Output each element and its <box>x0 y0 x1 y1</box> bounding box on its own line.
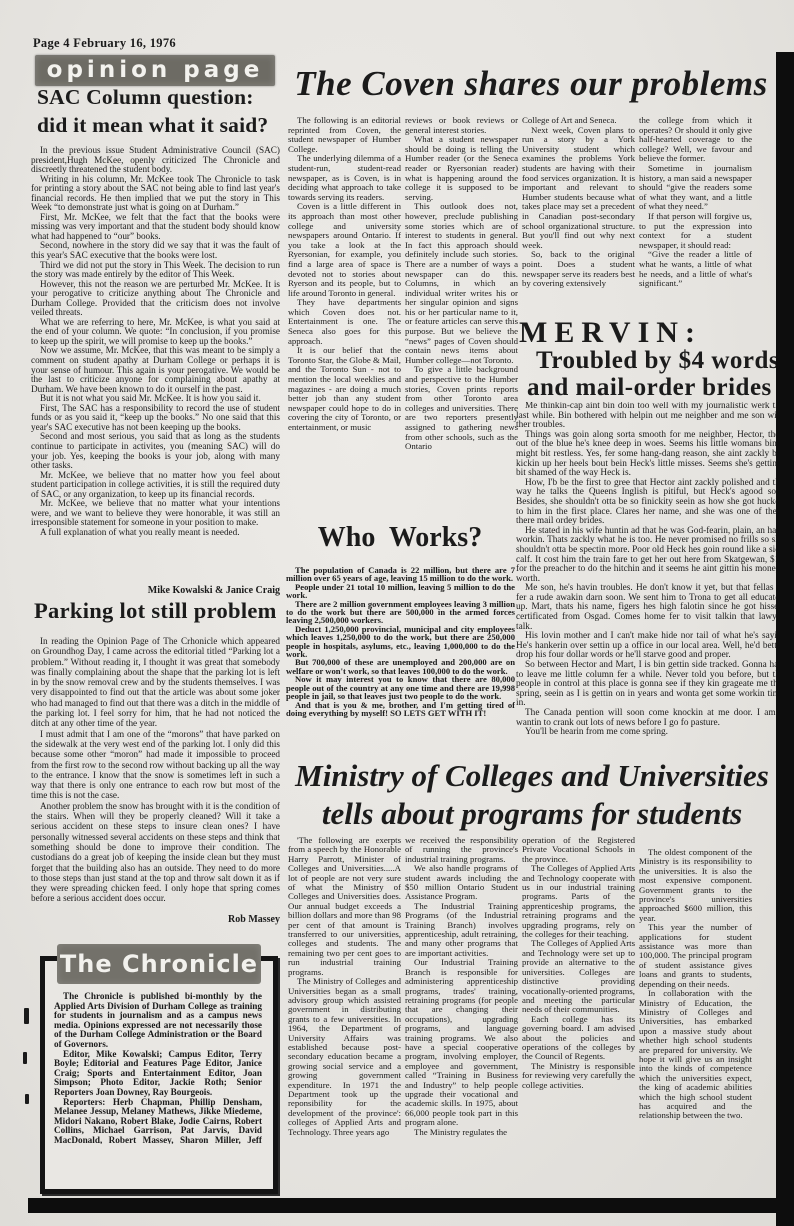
paragraph: A full explanation of what you really me… <box>31 528 280 538</box>
paragraph: We also handle programs of student award… <box>405 864 518 902</box>
coven-column-4: the college from which it operates? Or s… <box>639 116 752 314</box>
sac-headline-line1: SAC Column question: <box>37 84 268 112</box>
paragraph: To give a little background and perspect… <box>405 365 518 451</box>
coven-headline: The Coven shares our problems <box>290 64 772 104</box>
mervin-kicker: MERVIN: <box>519 316 702 350</box>
parking-byline: Rob Massey <box>31 914 280 925</box>
chronicle-banner: The Chronicle <box>57 944 261 984</box>
paragraph: Second and most serious, you said that a… <box>31 432 280 470</box>
paragraph: Me son, he's havin troubles. He don't kn… <box>516 584 784 632</box>
coven-column-2: reviews or book reviews or general inter… <box>405 116 518 502</box>
sac-headline: SAC Column question: did it mean what it… <box>37 84 268 139</box>
paragraph: First, The SAC has a responsibility to r… <box>31 404 280 433</box>
opinion-page-banner: opinion page <box>35 55 275 86</box>
paragraph: Deduct 1,250,000 provincial, municipal a… <box>286 625 515 659</box>
paragraph: Second, nowhere in the story did we say … <box>31 241 280 260</box>
paragraph: But 700,000 of these are unemployed and … <box>286 658 515 675</box>
who-works-headline: Who Works? <box>285 522 515 554</box>
parking-headline: Parking lot still problem <box>34 598 277 624</box>
paragraph: The Colleges of Applied Arts and Technol… <box>522 864 635 939</box>
paragraph: The oldest component of the Ministry is … <box>639 848 752 923</box>
ministry-column-1: 'The following are exerpts from a speech… <box>288 836 401 1154</box>
mervin-headline-line1: Troubled by $4 words <box>536 347 779 375</box>
sac-byline: Mike Kowalski & Janice Craig <box>31 585 280 596</box>
paragraph: Each college has its governing board. I … <box>522 1015 635 1062</box>
paragraph: It is our belief that the Toronto Star, … <box>288 346 401 432</box>
paragraph: Mr. McKee, we believe that no matter wha… <box>31 499 280 528</box>
paragraph: operation of the Registered Private Voca… <box>522 836 635 864</box>
paragraph: What a student newspaper should be doing… <box>405 135 518 202</box>
paragraph: Writing in his column, Mr. McKee took Th… <box>31 175 280 213</box>
newspaper-page: Page 4 February 16, 1976 opinion page SA… <box>0 0 794 1226</box>
paragraph: The Colleges of Applied Arts and Technol… <box>522 939 635 1014</box>
scan-speck <box>25 1094 29 1104</box>
who-works-body: The population of Canada is 22 million, … <box>286 566 515 738</box>
paragraph: They have departments which Coven does n… <box>288 298 401 346</box>
paragraph: The Ministry is responsible for reviewin… <box>522 1062 635 1090</box>
paragraph: First, Mr. McKee, we felt that the fact … <box>31 213 280 242</box>
paragraph: 'The following are exerpts from a speech… <box>288 836 401 977</box>
ministry-column-2: we received the responsibility of runnin… <box>405 836 518 1154</box>
paragraph: The following is an editorial reprinted … <box>288 116 401 154</box>
mervin-body: Me thinkin-cap aint bin doin too well wi… <box>516 402 784 752</box>
coven-column-1: The following is an editorial reprinted … <box>288 116 401 502</box>
coven-column-3: College of Art and Seneca.Next week, Cov… <box>522 116 635 316</box>
paragraph: The underlying dilemma of a student-run,… <box>288 154 401 202</box>
paragraph: This outlook does not, however, preclude… <box>405 202 518 365</box>
paragraph: However, this not the reason we are pert… <box>31 280 280 318</box>
paragraph: So between Hector and Mart, I is bin get… <box>516 661 784 709</box>
paragraph: The Ministry of Colleges and Universitie… <box>288 977 401 1137</box>
paragraph: reviews or book reviews or general inter… <box>405 116 518 135</box>
paragraph: In reading the Opinion Page of The Crhon… <box>31 636 280 729</box>
paragraph: Now we assume, Mr. McKee, that this was … <box>31 346 280 394</box>
paragraph: Coven is a little different in its appro… <box>288 202 401 298</box>
paragraph: The Chronicle is published bi-monthly by… <box>54 992 262 1050</box>
mervin-headline-line2: and mail-order brides <box>527 374 772 402</box>
paragraph: In the previous issue Student Administra… <box>31 146 280 175</box>
paragraph: Our Industrial Training Branch is respon… <box>405 958 518 1127</box>
paragraph: Me thinkin-cap aint bin doin too well wi… <box>516 402 784 431</box>
scan-speck <box>24 1008 29 1024</box>
parking-body: In reading the Opinion Page of The Crhon… <box>31 636 280 916</box>
paragraph: The Industrial Training Programs (of the… <box>405 902 518 958</box>
chronicle-masthead-text: The Chronicle is published bi-monthly by… <box>54 992 262 1144</box>
paragraph: Mr. McKee, we believe that no matter how… <box>31 471 280 500</box>
ministry-column-4: The oldest component of the Ministry is … <box>639 848 752 1154</box>
paragraph: “Give the reader a little of what he wan… <box>639 250 752 288</box>
paragraph: He stated in his wife huntin ad that he … <box>516 527 784 585</box>
paragraph: The Canada pention will soon come knocki… <box>516 709 784 728</box>
paragraph: Now it may interest you to know that the… <box>286 675 515 700</box>
paragraph: If that person will forgive us, to put t… <box>639 212 752 250</box>
paragraph: His lovin mother and I can't make hide n… <box>516 632 784 661</box>
paragraph: Sometime in journalism history, a man sa… <box>639 164 752 212</box>
sac-body: In the previous issue Student Administra… <box>31 146 280 584</box>
page-dateline: Page 4 February 16, 1976 <box>33 36 176 51</box>
paragraph: the college from which it operates? Or s… <box>639 116 752 164</box>
scan-speck <box>23 1052 27 1064</box>
ministry-headline-line2: tells about programs for students <box>290 796 774 832</box>
scan-edge-right <box>776 52 794 1226</box>
paragraph: I must admit that I am one of the “moron… <box>31 729 280 801</box>
sac-headline-line2: did it mean what it said? <box>37 112 268 140</box>
paragraph: The population of Canada is 22 million, … <box>286 566 515 583</box>
paragraph: People under 21 total 10 million, leavin… <box>286 583 515 600</box>
paragraph: Third we did not put the story in This W… <box>31 261 280 280</box>
paragraph: Things was goin along sorta smooth for m… <box>516 431 784 479</box>
paragraph: Editor, Mike Kowalski; Campus Editor, Te… <box>54 1050 262 1098</box>
paragraph: This year the number of applications for… <box>639 923 752 989</box>
paragraph: Reporters: Herb Chapman, Phillip Densham… <box>54 1098 262 1144</box>
paragraph: How, I'b be the first to gree that Hecto… <box>516 479 784 527</box>
paragraph: we received the responsibility of runnin… <box>405 836 518 864</box>
paragraph: Next week, Coven plans to run a story by… <box>522 126 635 251</box>
paragraph: In collaboration with the Ministry of Ed… <box>639 989 752 1121</box>
paragraph: And that is you & me, brother, and I'm g… <box>286 701 515 718</box>
paragraph: You'll be hearin from me come spring. <box>516 728 784 738</box>
paragraph: So, back to the original point. Does a s… <box>522 250 635 288</box>
ministry-column-3: operation of the Registered Private Voca… <box>522 836 635 1154</box>
scan-edge-bottom <box>28 1198 776 1213</box>
paragraph: Another problem the snow has brought wit… <box>31 801 280 904</box>
paragraph: What we are referring to here, Mr. McKee… <box>31 318 280 347</box>
paragraph: The Ministry regulates the <box>405 1128 518 1137</box>
paragraph: There are 2 million government employees… <box>286 600 515 625</box>
ministry-headline-line1: Ministry of Colleges and Universities <box>290 758 774 794</box>
